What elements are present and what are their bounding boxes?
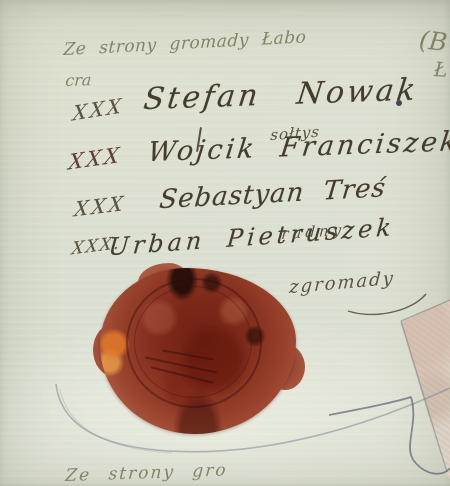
heading-line: Ze strony gromady Łabo	[63, 27, 307, 60]
signature-name: Stefan Nowak	[142, 72, 420, 117]
pen-flourish	[348, 294, 426, 314]
edge-flourish: (B	[417, 25, 448, 57]
signature-name: Wojcik Franciszek	[146, 126, 450, 168]
signature-marks: XXX	[73, 191, 127, 222]
ink-blot	[396, 100, 402, 106]
signature-marks: XXX	[67, 143, 123, 175]
seal-impression-ring	[134, 286, 252, 398]
thread-line	[329, 397, 411, 415]
bottom-partial-line: Ze strony gro	[65, 460, 229, 486]
closing-word: zgromady	[289, 268, 396, 298]
document-photo: Ze strony gromady Łabo cra XXX Stefan No…	[0, 0, 450, 486]
overlapping-paper-fragment	[395, 295, 450, 480]
heading-continuation: cra	[65, 70, 92, 90]
signature-name: Sebastyan Treś	[158, 173, 388, 215]
edge-letter: Ł	[433, 57, 448, 82]
signature-marks: XXX	[72, 93, 125, 126]
signature-name: Urban Pietruszek	[108, 213, 397, 261]
wax-seal	[100, 268, 296, 434]
